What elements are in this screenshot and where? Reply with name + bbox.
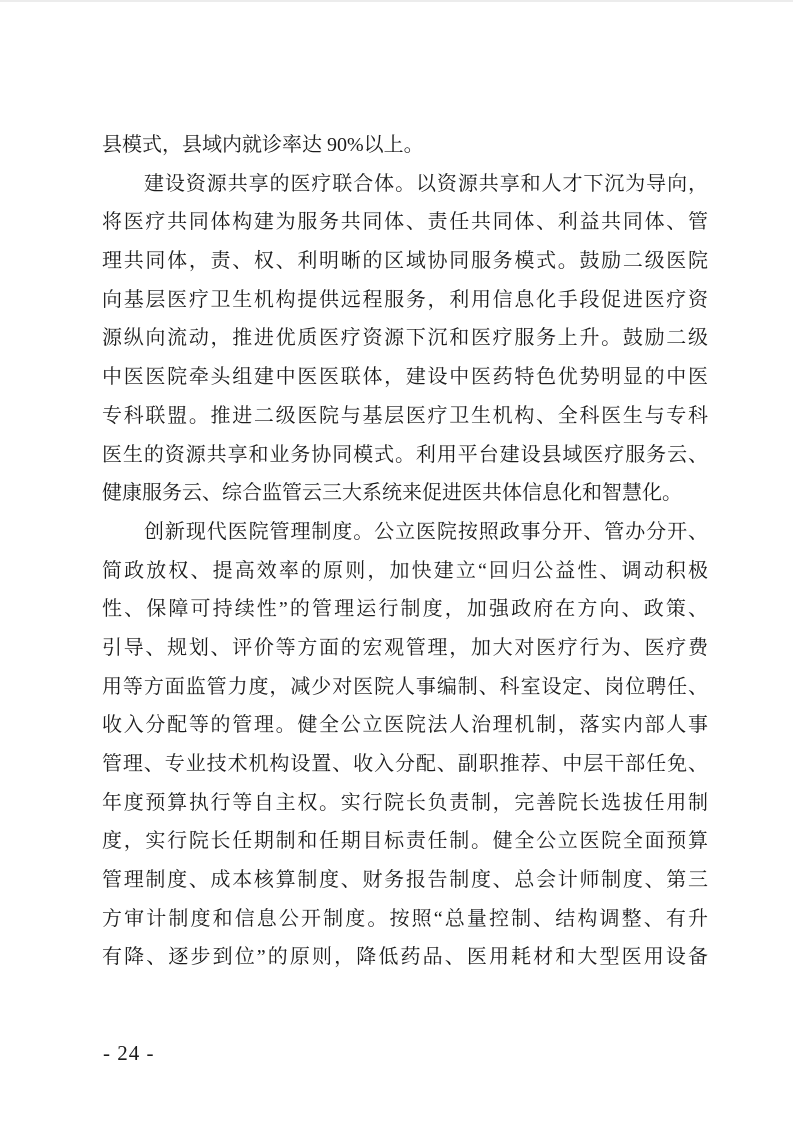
- text-line: 性、保障可持续性”的管理运行制度，加强政府在方向、政策、: [102, 590, 708, 629]
- text-line: 专科联盟。推进二级医院与基层医疗卫生机构、全科医生与专科: [102, 397, 708, 436]
- text-line: 管理、专业技术机构设置、收入分配、副职推荐、中层干部任免、: [102, 745, 708, 784]
- text-line: 方审计制度和信息公开制度。按照“总量控制、结构调整、有升: [102, 900, 708, 939]
- text-line: 引导、规划、评价等方面的宏观管理，加大对医疗行为、医疗费: [102, 629, 708, 668]
- text-line: 源纵向流动，推进优质医疗资源下沉和医疗服务上升。鼓励二级: [102, 319, 708, 358]
- text-line: 建设资源共享的医疗联合体。以资源共享和人才下沉为导向，: [102, 165, 708, 204]
- text-line: 用等方面监管力度，减少对医院人事编制、科室设定、岗位聘任、: [102, 668, 708, 707]
- text-line: 年度预算执行等自主权。实行院长负责制，完善院长选拔任用制: [102, 784, 708, 823]
- text-line: 向基层医疗卫生机构提供远程服务，利用信息化手段促进医疗资: [102, 281, 708, 320]
- document-page: 县模式，县域内就诊率达 90%以上。建设资源共享的医疗联合体。以资源共享和人才下…: [0, 0, 793, 1122]
- text-line: 理共同体，责、权、利明晰的区域协同服务模式。鼓励二级医院: [102, 242, 708, 281]
- page-number: - 24 -: [103, 1040, 155, 1066]
- body-text-block: 县模式，县域内就诊率达 90%以上。建设资源共享的医疗联合体。以资源共享和人才下…: [102, 126, 708, 977]
- text-line: 管理制度、成本核算制度、财务报告制度、总会计师制度、第三: [102, 861, 708, 900]
- text-line: 健康服务云、综合监管云三大系统来促进医共体信息化和智慧化。: [102, 474, 708, 513]
- text-line: 收入分配等的管理。健全公立医院法人治理机制，落实内部人事: [102, 706, 708, 745]
- text-line: 将医疗共同体构建为服务共同体、责任共同体、利益共同体、管: [102, 203, 708, 242]
- text-line: 创新现代医院管理制度。公立医院按照政事分开、管办分开、: [102, 513, 708, 552]
- text-line: 有降、逐步到位”的原则，降低药品、医用耗材和大型医用设备: [102, 938, 708, 977]
- text-line: 医生的资源共享和业务协同模式。利用平台建设县域医疗服务云、: [102, 436, 708, 475]
- text-line: 县模式，县域内就诊率达 90%以上。: [102, 126, 708, 165]
- text-line: 简政放权、提高效率的原则，加快建立“回归公益性、调动积极: [102, 552, 708, 591]
- text-line: 度，实行院长任期制和任期目标责任制。健全公立医院全面预算: [102, 822, 708, 861]
- text-line: 中医医院牵头组建中医医联体，建设中医药特色优势明显的中医: [102, 358, 708, 397]
